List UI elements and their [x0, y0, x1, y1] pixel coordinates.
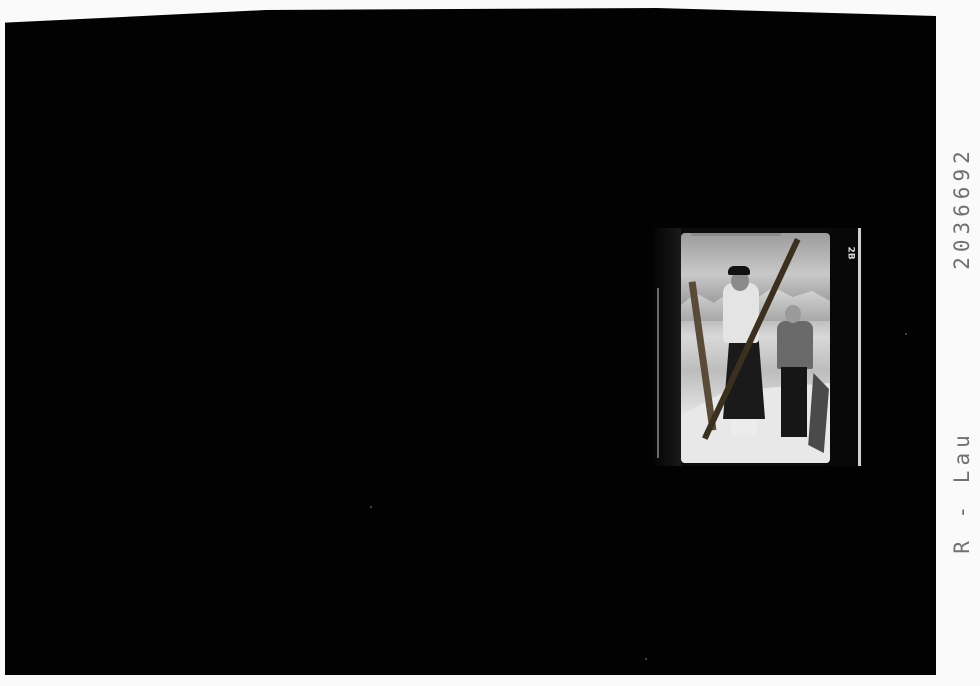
label-strip: 2036692 R - Lau — [938, 0, 980, 686]
dust-speck — [905, 333, 907, 335]
dust-speck — [260, 8, 262, 10]
location-label: R - Lau — [950, 427, 974, 557]
film-edge-highlight — [858, 228, 861, 466]
film-edge-left — [654, 228, 681, 466]
frame-number: 2B — [846, 246, 856, 259]
person-2-legs — [781, 367, 807, 437]
film-frame: 2B — [654, 228, 862, 466]
person-2-torso — [777, 321, 813, 369]
dust-speck — [370, 506, 372, 508]
person-1-legs — [731, 419, 757, 435]
photo-top-edge — [691, 233, 781, 236]
person-2-head — [785, 305, 801, 323]
film-edge-line — [657, 288, 659, 458]
archive-number: 2036692 — [950, 143, 974, 273]
dust-speck — [645, 658, 647, 660]
person-1-hat — [728, 266, 750, 275]
photo-skiers — [681, 233, 830, 463]
